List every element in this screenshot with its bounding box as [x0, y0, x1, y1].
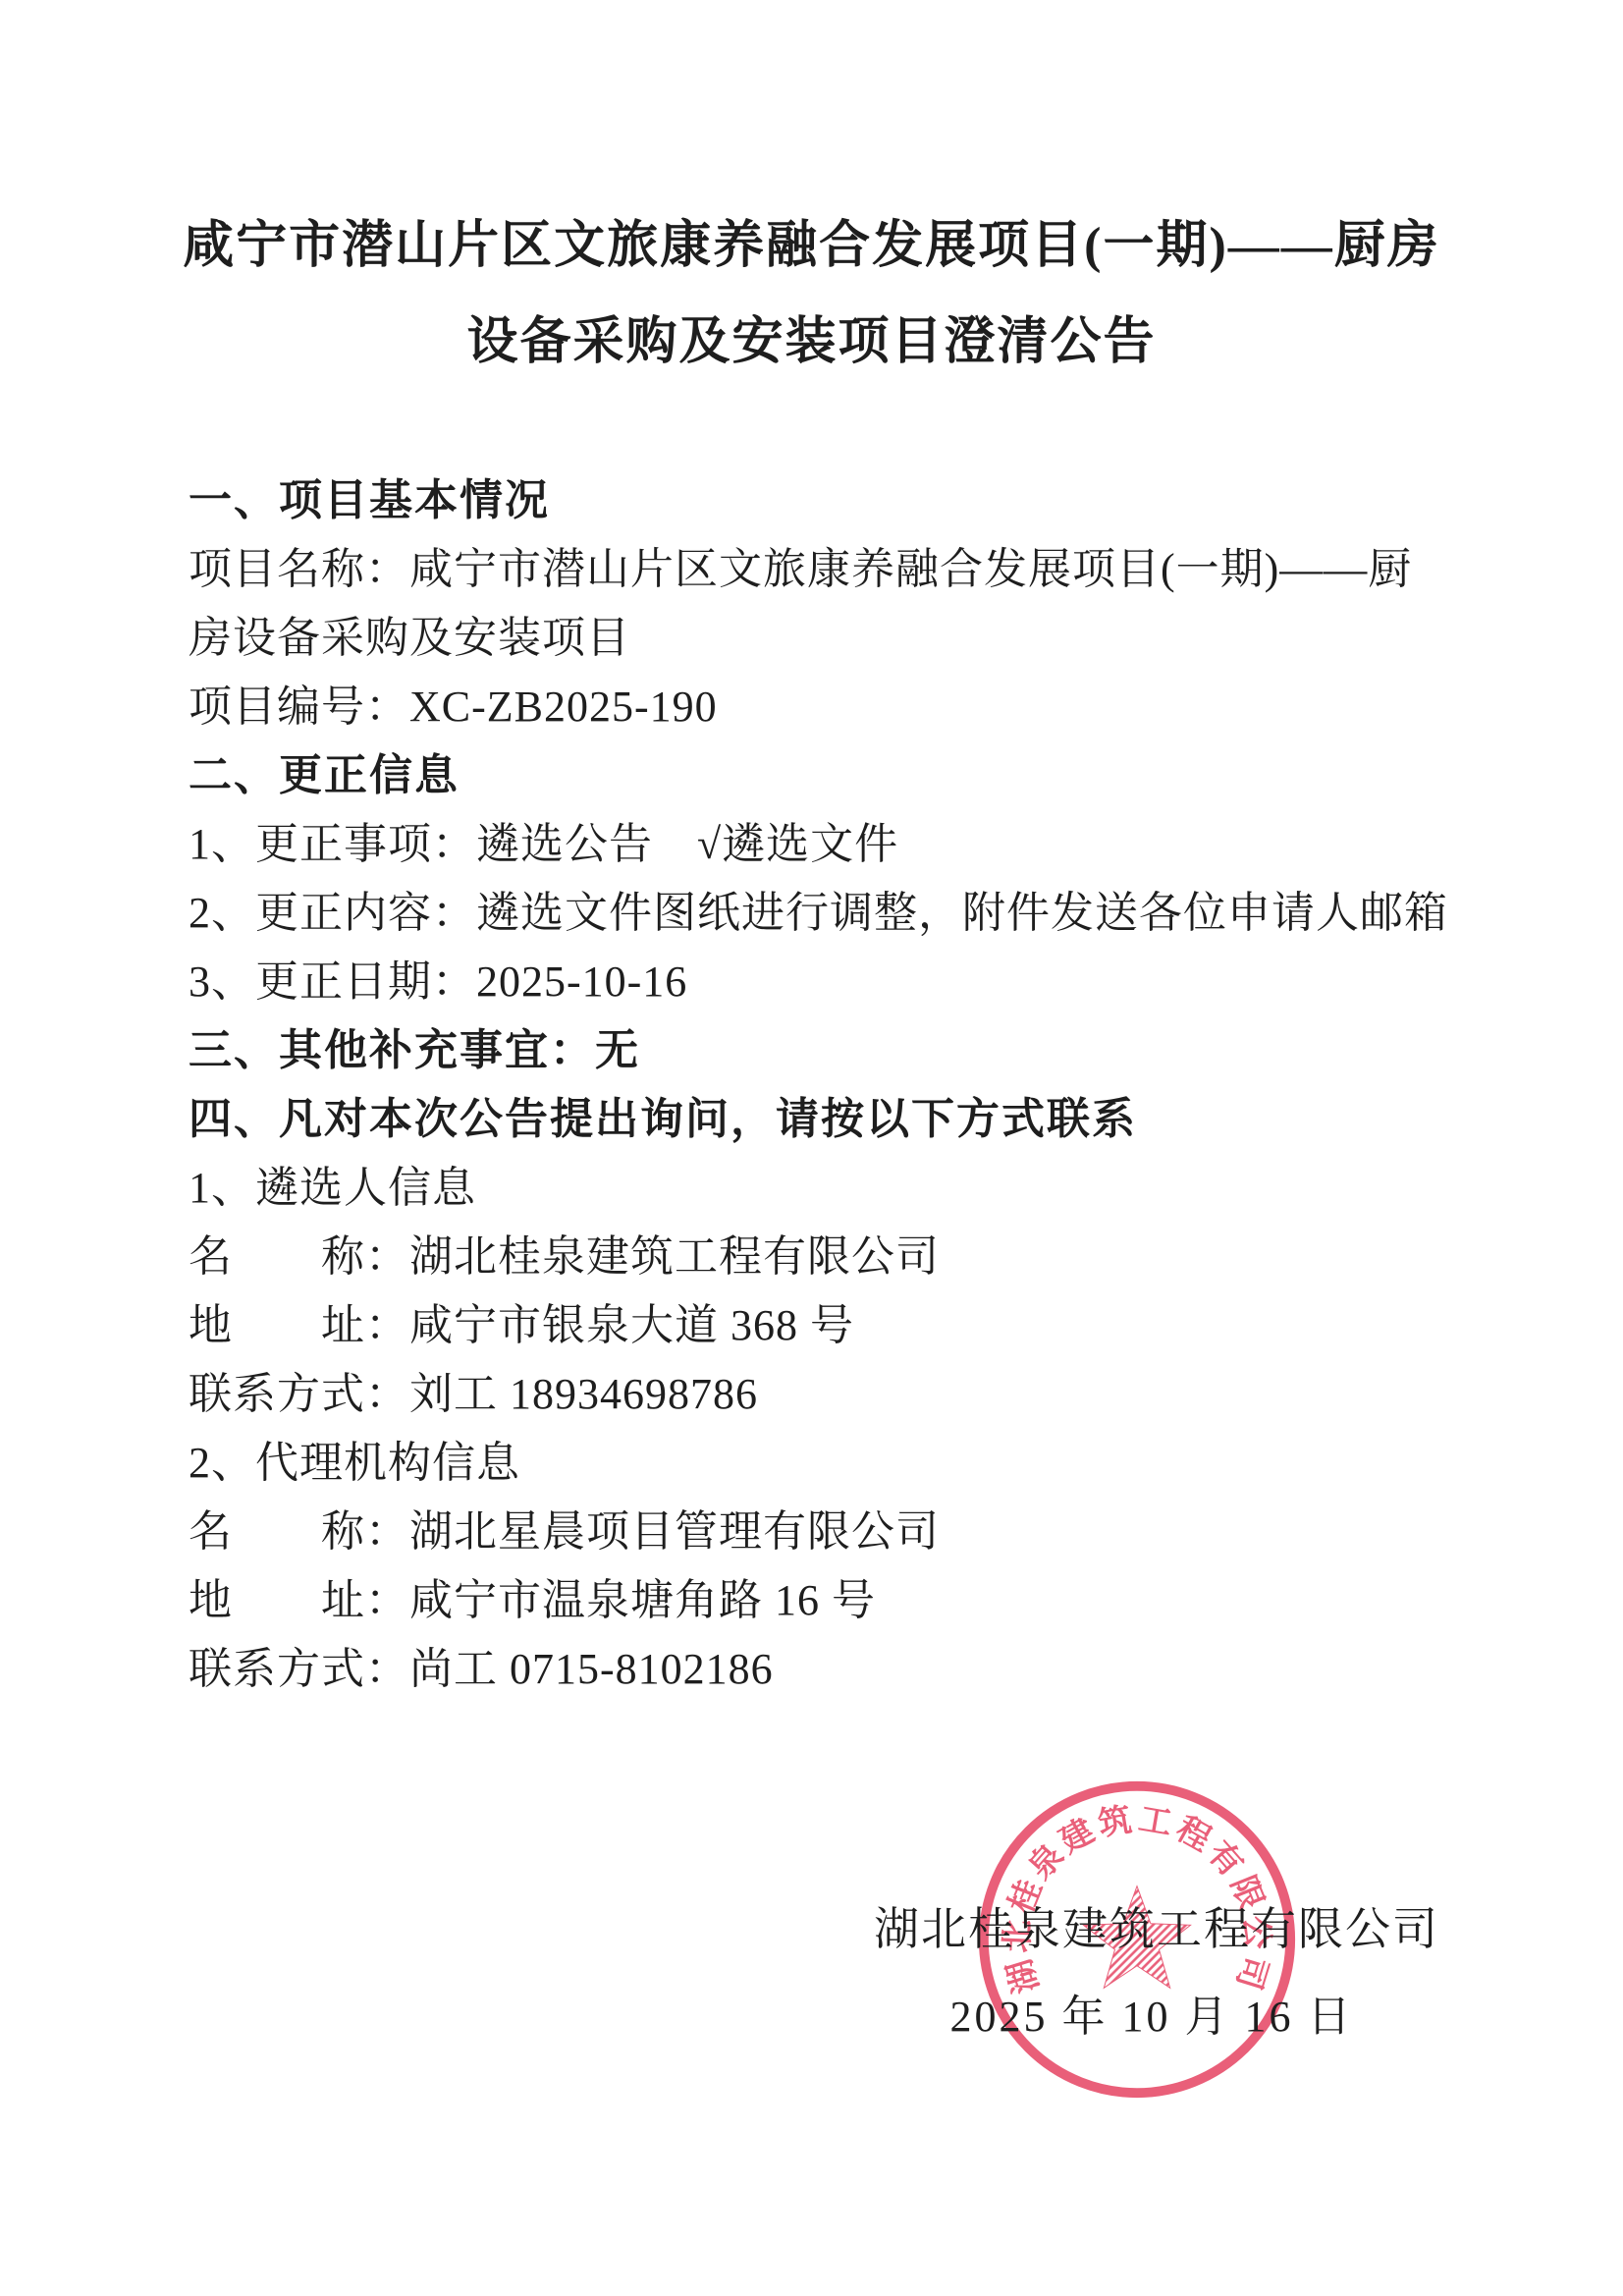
line-project-name-2: 房设备采购及安装项目: [189, 604, 1445, 673]
line-agency-info: 2、代理机构信息: [189, 1429, 1445, 1498]
signature-date: 2025 年 10 月 16 日: [874, 1990, 1430, 2045]
document-body: 一、项目基本情况 项目名称：咸宁市潜山片区文旅康养融合发展项目(一期)——厨 房…: [189, 466, 1445, 1704]
heading-project-basic-info: 一、项目基本情况: [189, 466, 1445, 535]
heading-correction-info: 二、更正信息: [189, 741, 1445, 810]
line-agency-address: 地 址：咸宁市温泉塘角路 16 号: [189, 1566, 1445, 1635]
document-page: 咸宁市潜山片区文旅康养融合发展项目(一期)——厨房 设备采购及安装项目澄清公告 …: [0, 0, 1623, 2296]
line-agency-name: 名 称：湖北星晨项目管理有限公司: [189, 1498, 1445, 1566]
heading-contact-methods: 四、凡对本次公告提出询问，请按以下方式联系: [189, 1085, 1445, 1154]
signature-company: 湖北桂泉建筑工程有限公司: [874, 1901, 1430, 1958]
line-correction-date: 3、更正日期：2025-10-16: [189, 948, 1445, 1016]
line-correction-item: 1、更正事项：遴选公告 √遴选文件: [189, 810, 1445, 879]
line-correction-content: 2、更正内容：遴选文件图纸进行调整，附件发送各位申请人邮箱: [189, 879, 1445, 948]
document-title: 咸宁市潜山片区文旅康养融合发展项目(一期)——厨房 设备采购及安装项目澄清公告: [0, 198, 1623, 391]
line-project-number: 项目编号：XC-ZB2025-190: [189, 673, 1445, 741]
line-selector-info: 1、遴选人信息: [189, 1154, 1445, 1223]
line-agency-contact: 联系方式：尚工 0715-8102186: [189, 1635, 1445, 1704]
line-selector-address: 地 址：咸宁市银泉大道 368 号: [189, 1291, 1445, 1360]
line-project-name-1: 项目名称：咸宁市潜山片区文旅康养融合发展项目(一期)——厨: [189, 535, 1445, 604]
line-selector-contact: 联系方式：刘工 18934698786: [189, 1360, 1445, 1429]
document-title-line1: 咸宁市潜山片区文旅康养融合发展项目(一期)——厨房: [0, 198, 1623, 295]
line-selector-name: 名 称：湖北桂泉建筑工程有限公司: [189, 1223, 1445, 1291]
document-title-line2: 设备采购及安装项目澄清公告: [0, 295, 1623, 391]
heading-other-matters: 三、其他补充事宜：无: [189, 1016, 1445, 1085]
